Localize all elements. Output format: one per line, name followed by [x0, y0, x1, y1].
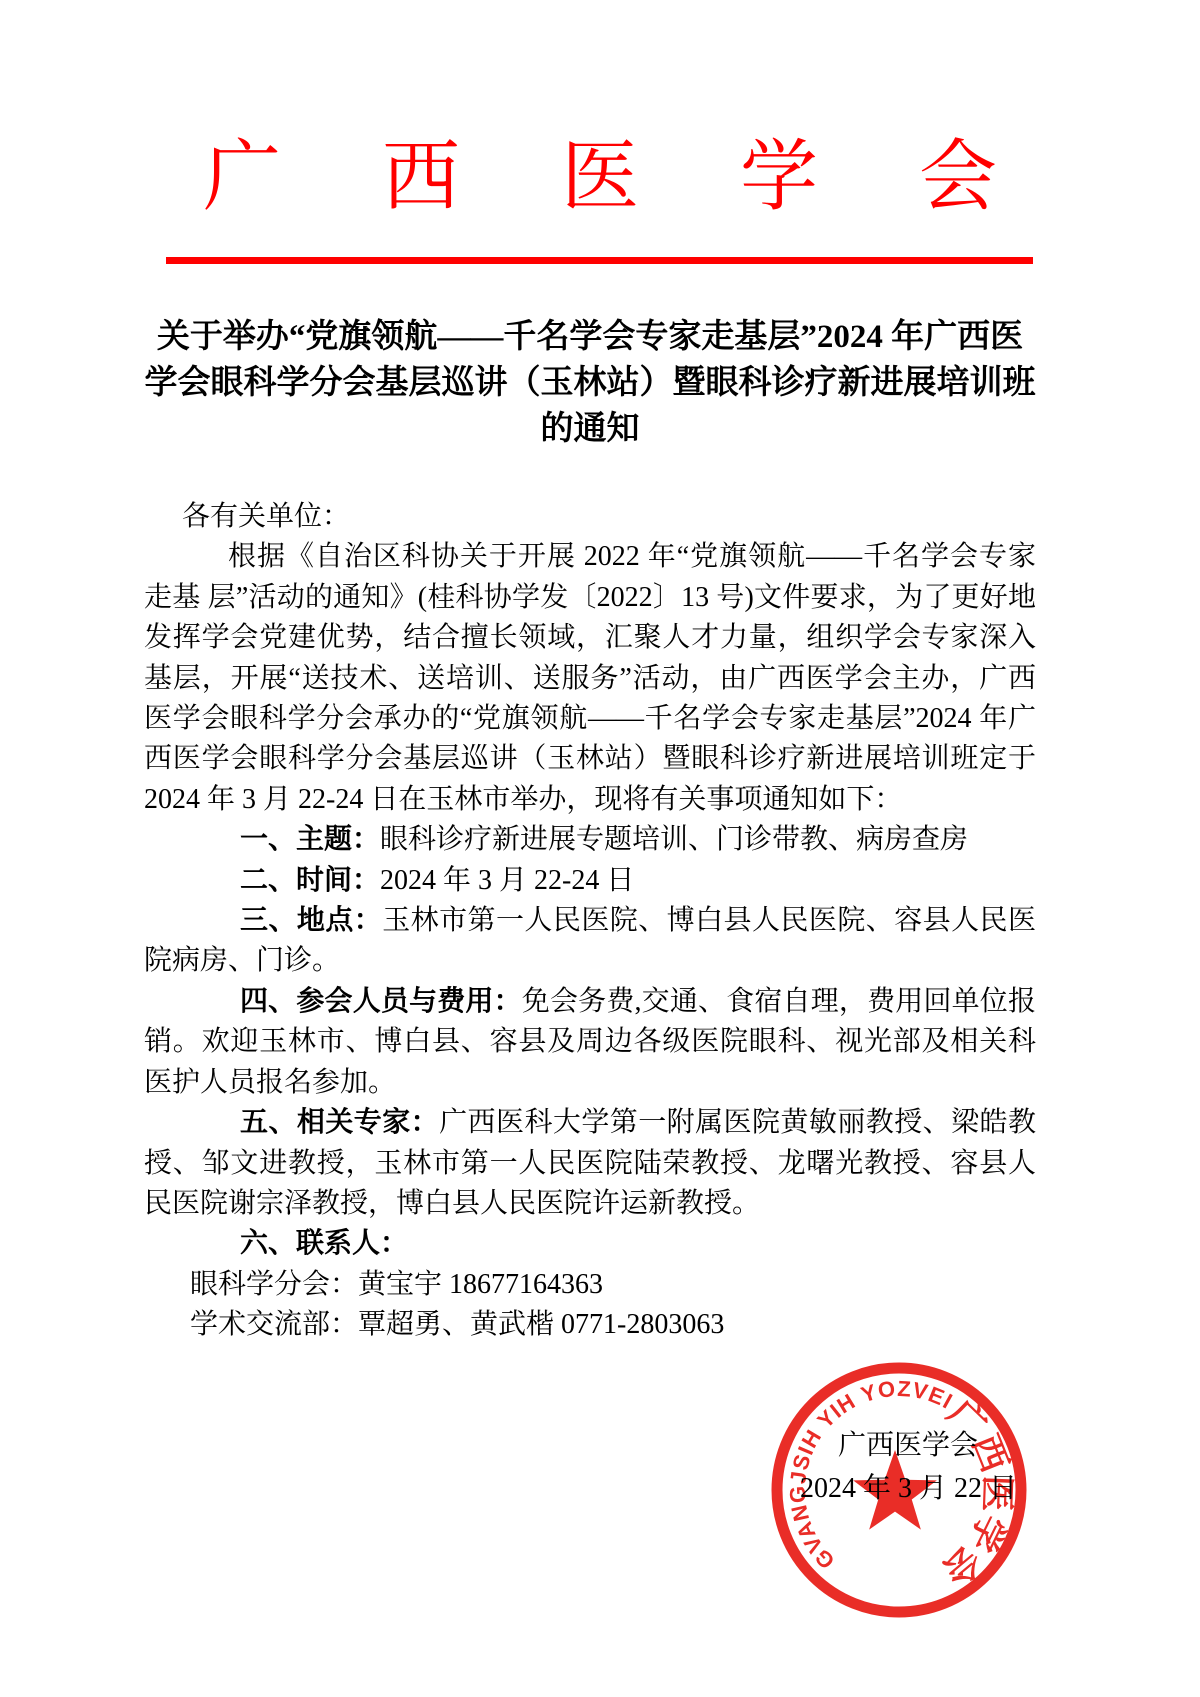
section-label: 四、参会人员与费用：	[240, 986, 522, 1017]
section-label: 二、时间：	[240, 865, 380, 896]
paragraph-section: 五、相关专家：广西医科大学第一附属医院黄敏丽教授、梁皓教授、邹文进教授，玉林市第…	[144, 1103, 1036, 1224]
paragraph-section: 三、地点：玉林市第一人民医院、博白县人民医院、容县人民医院病房、门诊。	[144, 901, 1036, 982]
paragraph-contact: 学术交流部：覃超勇、黄武楷 0771-2803063	[144, 1305, 1036, 1345]
section-label: 六、联系人：	[240, 1228, 408, 1259]
document-page: 广西医学会 关于举办“党旗领航——千名学会专家走基层”2024 年广西医学会眼科…	[0, 0, 1200, 1697]
paragraph-section: 一、主题：眼科诊疗新进展专题培训、门诊带教、病房查房	[144, 820, 1036, 860]
document-body: 各有关单位： 根据《自治区科协关于开展 2022 年“党旗领航——千名学会专家走…	[144, 497, 1036, 1346]
document-title: 关于举办“党旗领航——千名学会专家走基层”2024 年广西医学会眼科学分会基层巡…	[144, 314, 1036, 452]
letterhead-divider	[166, 257, 1033, 264]
star-icon	[853, 1450, 937, 1530]
section-label: 五、相关专家：	[240, 1107, 439, 1138]
paragraph-section: 四、参会人员与费用：免会务费,交通、食宿自理，费用回单位报销。欢迎玉林市、博白县…	[144, 982, 1036, 1103]
body-paragraphs: 根据《自治区科协关于开展 2022 年“党旗领航——千名学会专家走基 层”活动的…	[144, 537, 1036, 1345]
salutation: 各有关单位：	[144, 497, 1036, 537]
section-label: 三、地点：	[240, 905, 382, 936]
section-label: 一、主题：	[240, 824, 380, 855]
letterhead-org-name: 广西医学会	[203, 136, 1098, 218]
official-seal-stamp: GVANGJSIH YIH YOZVEI 广西医学会	[769, 1360, 1029, 1620]
paragraph-contact: 眼科学分会：黄宝宇 18677164363	[144, 1265, 1036, 1305]
paragraph-section: 六、联系人：	[144, 1224, 1036, 1264]
paragraph-section: 二、时间：2024 年 3 月 22-24 日	[144, 861, 1036, 901]
paragraph-plain: 根据《自治区科协关于开展 2022 年“党旗领航——千名学会专家走基 层”活动的…	[144, 537, 1036, 820]
